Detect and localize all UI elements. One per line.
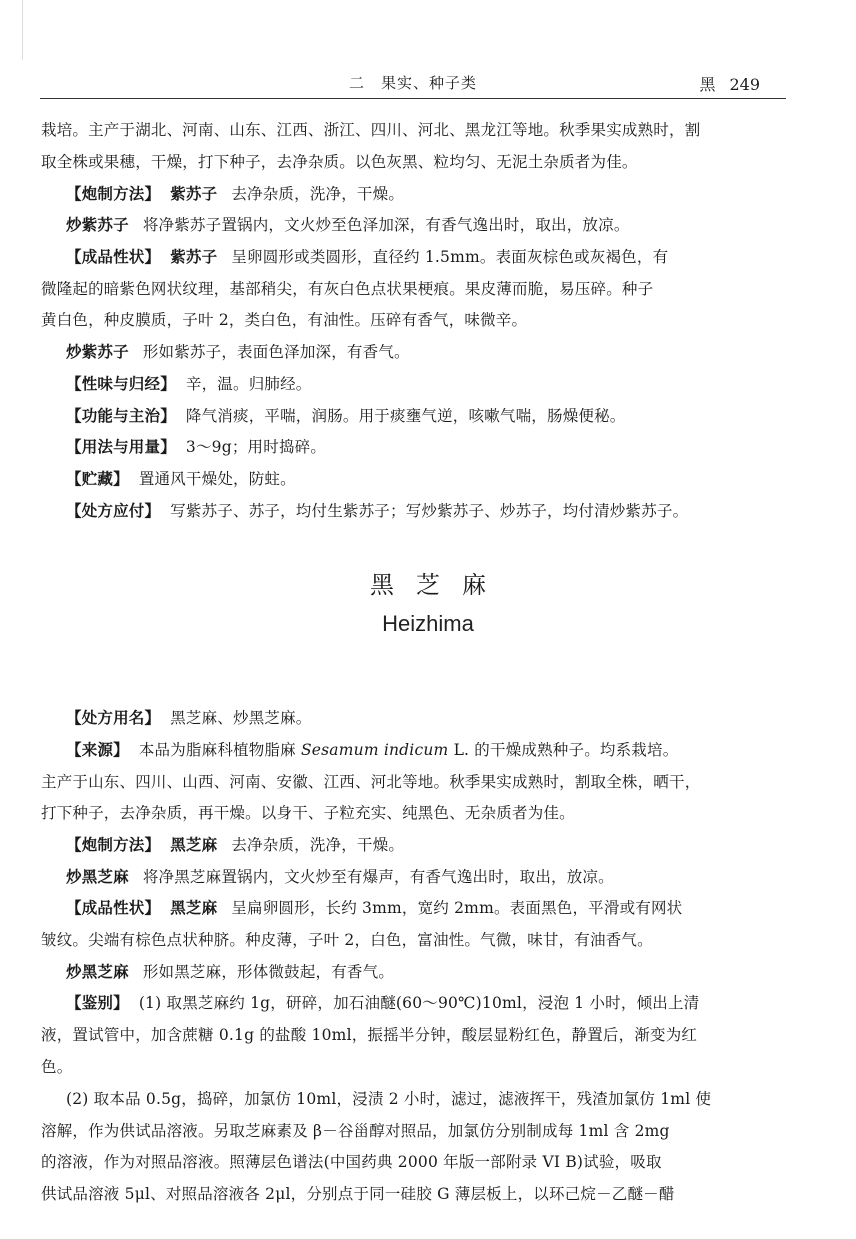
processing-section: 【炮制方法】黑芝麻去净杂质，洗净，干燥。 (66, 835, 816, 855)
item-text: 黑芝麻、炒黑芝麻。 (170, 709, 311, 727)
properties-item: 炒紫苏子形如紫苏子，表面色泽加深，有香气。 (66, 342, 816, 362)
item-name: 紫苏子 (170, 248, 217, 266)
text-line: 取全株或果穗，干燥，打下种子，去净杂质。以色灰黑、粒均匀、无泥土杂质者为佳。 (41, 152, 791, 172)
item-text: 辛，温。归肺经。 (186, 375, 312, 393)
text-line: (2) 取本品 0.5g，捣碎，加氯仿 10ml，浸渍 2 小时，滤过，滤液挥干… (66, 1089, 816, 1109)
entry-title: 黑芝麻 (0, 565, 856, 600)
item-text: (1) 取黑芝麻约 1g，研碎，加石油醚(60～90℃)10ml，浸泡 1 小时… (139, 994, 700, 1012)
text-line: 供试品溶液 5μl、对照品溶液各 2μl，分别点于同一硅胶 G 薄层板上，以环己… (41, 1184, 791, 1204)
text-line: 皱纹。尖端有棕色点状种脐。种皮薄，子叶 2，白色，富油性。气微，味甘，有油香气。 (41, 930, 791, 950)
text-line: 溶解，作为供试品溶液。另取芝麻素及 β－谷甾醇对照品，加氯仿分别制成每 1ml … (41, 1121, 791, 1141)
section-tag: 【炮制方法】 (66, 836, 160, 854)
item-text: 3～9g；用时捣碎。 (186, 438, 326, 456)
page-number: 249 (729, 75, 760, 94)
section-tag: 【成品性状】 (66, 899, 160, 917)
processing-section: 【炮制方法】紫苏子去净杂质，洗净，干燥。 (66, 184, 816, 204)
latin-name: Sesamum indicum (301, 741, 448, 759)
item-text: 呈卵圆形或类圆形，直径约 1.5mm。表面灰棕色或灰褐色，有 (231, 248, 668, 266)
item-text: 置通风干燥处，防蛀。 (139, 470, 296, 488)
item-name: 炒紫苏子 (66, 343, 129, 361)
section-tag: 【处方用名】 (66, 709, 160, 727)
text-line: 的溶液，作为对照品溶液。照薄层色谱法(中国药典 2000 年版一部附录 VI B… (41, 1152, 791, 1172)
section-tag: 【性味与归经】 (66, 375, 176, 393)
scan-margin-mark (22, 0, 23, 60)
item-text: 去净杂质，洗净，干燥。 (231, 185, 404, 203)
section-tag: 【炮制方法】 (66, 185, 160, 203)
item-name: 炒黑芝麻 (66, 868, 129, 886)
prescription-section: 【处方应付】写紫苏子、苏子，均付生紫苏子；写炒紫苏子、炒苏子，均付清炒紫苏子。 (66, 501, 816, 521)
item-text: 形如紫苏子，表面色泽加深，有香气。 (143, 343, 410, 361)
section-tag: 【贮藏】 (66, 470, 129, 488)
item-text: L. 的干燥成熟种子。均系栽培。 (448, 741, 678, 759)
text-line: 打下种子，去净杂质，再干燥。以身干、子粒充实、纯黑色、无杂质者为佳。 (41, 803, 791, 823)
text-line: 微隆起的暗紫色网状纹理，基部稍尖，有灰白色点状果梗痕。果皮薄而脆，易压碎。种子 (41, 279, 791, 299)
item-text: 写紫苏子、苏子，均付生紫苏子；写炒紫苏子、炒苏子，均付清炒紫苏子。 (170, 502, 688, 520)
item-text: 将净紫苏子置锅内，文火炒至色泽加深，有香气逸出时，取出，放凉。 (143, 216, 630, 234)
storage-section: 【贮藏】置通风干燥处，防蛀。 (66, 469, 816, 489)
item-name: 炒黑芝麻 (66, 963, 129, 981)
processing-item: 炒黑芝麻将净黑芝麻置锅内，文火炒至有爆声，有香气逸出时，取出，放凉。 (66, 867, 816, 887)
item-text: 形如黑芝麻，形体微鼓起，有香气。 (143, 963, 394, 981)
item-name: 黑芝麻 (170, 836, 217, 854)
running-header: 二 果实、种子类 黑249 (40, 64, 786, 99)
item-text: 呈扁卵圆形，长约 3mm，宽约 2mm。表面黑色，平滑或有网状 (231, 899, 682, 917)
item-text: 本品为脂麻科植物脂麻 (139, 741, 301, 759)
text-line: 栽培。主产于湖北、河南、山东、江西、浙江、四川、河北、黑龙江等地。秋季果实成熟时… (41, 120, 791, 140)
document-page: 二 果实、种子类 黑249 栽培。主产于湖北、河南、山东、江西、浙江、四川、河北… (0, 0, 856, 1239)
entry-pinyin: Heizhima (0, 611, 856, 637)
identification-section: 【鉴别】(1) 取黑芝麻约 1g，研碎，加石油醚(60～90℃)10ml，浸泡 … (66, 993, 816, 1013)
section-tag: 【鉴别】 (66, 994, 129, 1012)
section-tag: 【用法与用量】 (66, 438, 176, 456)
section-tag: 【功能与主治】 (66, 407, 176, 425)
properties-section: 【成品性状】紫苏子呈卵圆形或类圆形，直径约 1.5mm。表面灰棕色或灰褐色，有 (66, 247, 816, 267)
nature-section: 【性味与归经】辛，温。归肺经。 (66, 374, 816, 394)
processing-item: 炒紫苏子将净紫苏子置锅内，文火炒至色泽加深，有香气逸出时，取出，放凉。 (66, 215, 816, 235)
properties-item: 炒黑芝麻形如黑芝麻，形体微鼓起，有香气。 (66, 962, 816, 982)
item-text: 去净杂质，洗净，干燥。 (231, 836, 404, 854)
text-line: 色。 (41, 1057, 791, 1077)
chapter-title: 二 果实、种子类 (40, 72, 786, 93)
names-section: 【处方用名】黑芝麻、炒黑芝麻。 (66, 708, 816, 728)
item-name: 黑芝麻 (170, 899, 217, 917)
item-name: 炒紫苏子 (66, 216, 129, 234)
section-tag: 【处方应付】 (66, 502, 160, 520)
text-line: 主产于山东、四川、山西、河南、安徽、江西、河北等地。秋季果实成熟时，割取全株，晒… (41, 772, 791, 792)
source-section: 【来源】本品为脂麻科植物脂麻 Sesamum indicum L. 的干燥成熟种… (66, 740, 816, 760)
text-line: 液，置试管中，加含蔗糖 0.1g 的盐酸 10ml，振摇半分钟，酸层显粉红色，静… (41, 1025, 791, 1045)
item-name: 紫苏子 (170, 185, 217, 203)
function-section: 【功能与主治】降气消痰，平喘，润肠。用于痰壅气逆，咳嗽气喘，肠燥便秘。 (66, 406, 816, 426)
section-char: 黑 (699, 75, 715, 94)
item-text: 将净黑芝麻置锅内，文火炒至有爆声，有香气逸出时，取出，放凉。 (143, 868, 614, 886)
properties-section: 【成品性状】黑芝麻呈扁卵圆形，长约 3mm，宽约 2mm。表面黑色，平滑或有网状 (66, 898, 816, 918)
text-line: 黄白色，种皮膜质，子叶 2，类白色，有油性。压碎有香气，味微辛。 (41, 310, 791, 330)
item-text: 降气消痰，平喘，润肠。用于痰壅气逆，咳嗽气喘，肠燥便秘。 (186, 407, 626, 425)
header-right: 黑249 (685, 72, 760, 95)
section-tag: 【来源】 (66, 741, 129, 759)
section-tag: 【成品性状】 (66, 248, 160, 266)
dosage-section: 【用法与用量】3～9g；用时捣碎。 (66, 437, 816, 457)
